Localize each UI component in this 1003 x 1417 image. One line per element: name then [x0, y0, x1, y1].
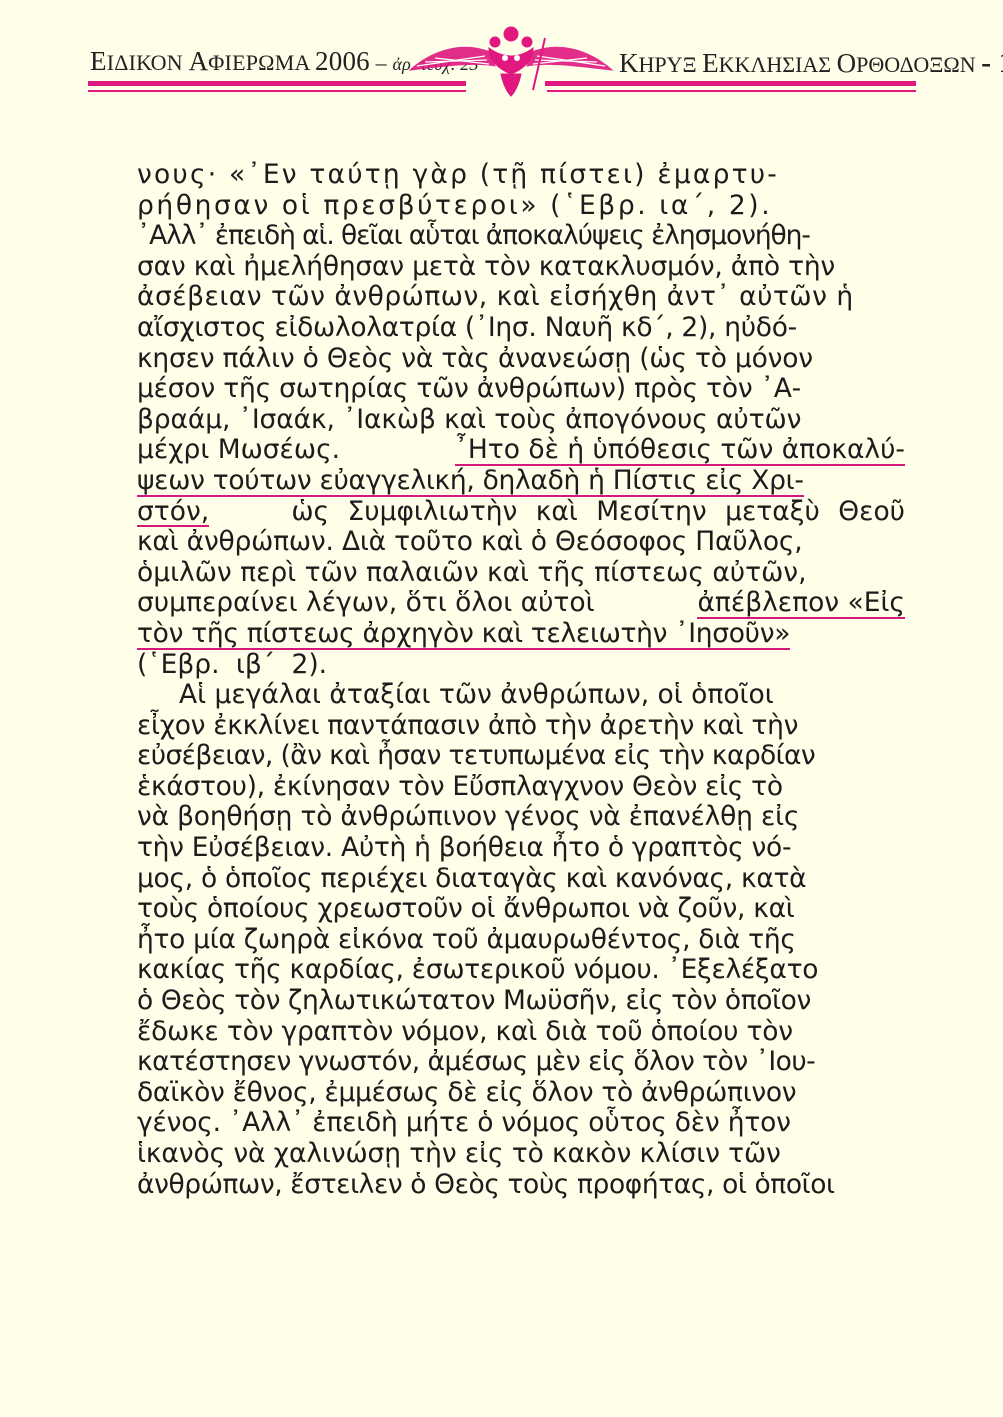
line-text: εἶχον ἐκκλίνει παντάπασιν ἀπὸ τὴν ἀρετὴν…: [137, 711, 798, 742]
header-year: 2006: [315, 46, 370, 76]
text-line: κατέστησεν γνωστόν, ἀμέσως μὲν εἰς ὅλον …: [137, 1047, 905, 1078]
text-line: νὰ βοηθήσῃ τὸ ἀνθρώπινον γένος νὰ ἐπανέλ…: [137, 802, 905, 833]
text-line: γένος. ᾿Αλλ᾿ ἐπειδὴ μήτε ὁ νόμος οὗτος δ…: [137, 1108, 905, 1139]
text-line: ἀσέβειαν τῶν ἀνθρώπων, καὶ εἰσήχθη ἀντ᾿ …: [137, 282, 905, 313]
text-line: σαν καὶ ἠμελήθησαν μετὰ τὸν κατακλυσμόν,…: [137, 252, 905, 283]
line-text: ἀνθρώπων, ἔστειλεν ὁ Θεὸς τοὺς προφήτας,…: [137, 1170, 835, 1201]
line-text: νὰ βοηθήσῃ τὸ ἀνθρώπινον γένος νὰ ἐπανέλ…: [137, 802, 799, 833]
text-line: μέχρι Μωσέως. ῏Ητο δὲ ἡ ὑπόθεσις τῶν ἀπο…: [137, 435, 905, 466]
line-text: ἑκάστου), ἐκίνησαν τὸν Εὔσπλαγχνον Θεὸν …: [137, 772, 783, 803]
title-word: ΦΙΕΡΩΜΑ: [208, 50, 309, 75]
header-rule-thick-left: [88, 81, 466, 86]
text-line: Αἱ μεγάλαι ἀταξίαι τῶν ἀνθρώπων, οἱ ὁποῖ…: [137, 680, 905, 711]
line-text: ἀσέβειαν τῶν ἀνθρώπων, καὶ εἰσήχθη ἀντ᾿ …: [137, 282, 854, 313]
underlined-passage: τὸν τῆς πίστεως ἀρχηγὸν καὶ τελειωτὴν ᾿Ι…: [137, 619, 790, 650]
title-word: ΡΘΟΔΟΞΩΝ: [856, 52, 976, 77]
line-text: τοὺς ὁποίους χρεωστοῦν οἱ ἄνθρωποι νὰ ζο…: [137, 894, 794, 925]
text-line: καὶ ἀνθρώπων. Διὰ τοῦτο καὶ ὁ Θεόσοφος Π…: [137, 527, 905, 558]
citation-text: (῾Εβρ. ιβ΄ 2).: [137, 650, 327, 681]
line-text: δαϊκὸν ἔθνος, ἐμμέσως δὲ εἰς ὅλον τὸ ἀνθ…: [137, 1078, 796, 1109]
underlined-passage: στόν,: [137, 497, 209, 528]
paragraph-start: Αἱ μεγάλαι ἀταξίαι τῶν ἀνθρώπων, οἱ ὁποῖ…: [179, 680, 774, 711]
header-journal-title: ΚΗΡΥΞ ΕΚΚΛΗΣΙΑΣ ΟΡΘΟΔΟΞΩΝ - 153-: [619, 46, 1003, 80]
text-line: στόν, ὡς Συμφιλιωτὴν καὶ Μεσίτην μεταξὺ …: [137, 497, 905, 528]
text-line: τοὺς ὁποίους χρεωστοῦν οἱ ἄνθρωποι νὰ ζο…: [137, 894, 905, 925]
line-text: σαν καὶ ἠμελήθησαν μετὰ τὸν κατακλυσμόν,…: [137, 252, 835, 283]
title-initial: Κ: [619, 48, 639, 78]
text-line: νους· «᾿Εν ταύτῃ γὰρ (τῇ πίστει) ἐμαρτυ-: [137, 160, 905, 191]
line-text: ὁμιλῶν περὶ τῶν παλαιῶν καὶ τῆς πίστεως …: [137, 558, 807, 589]
text-line: βραάμ, ᾿Ισαάκ, ᾿Ιακὼβ καὶ τοὺς ἀπογόνους…: [137, 405, 905, 436]
title-word: ΙΔΙΚΟΝ: [107, 50, 183, 75]
line-text: εὐσέβειαν, (ἂν καὶ ἦσαν τετυπωμένα εἰς τ…: [137, 741, 815, 772]
line-text: αἴσχιστος εἰδωλολατρία (᾿Ιησ. Ναυῆ κδ΄, …: [137, 313, 797, 344]
line-text: μέσον τῆς σωτηρίας τῶν ἀνθρώπων) πρὸς τὸ…: [137, 374, 801, 405]
line-text: μέχρι Μωσέως.: [137, 435, 340, 466]
text-line: τὸν τῆς πίστεως ἀρχηγὸν καὶ τελειωτὴν ᾿Ι…: [137, 619, 905, 650]
line-text: ρήθησαν οἱ πρεσβύτεροι» (῾Εβρ. ια΄, 2).: [137, 191, 772, 222]
text-line: εὐσέβειαν, (ἂν καὶ ἦσαν τετυπωμένα εἰς τ…: [137, 741, 905, 772]
header-rule-thin-left: [88, 90, 466, 92]
line-text: κησεν πάλιν ὁ Θεὸς νὰ τὰς ἀνανεώσῃ (ὡς τ…: [137, 344, 813, 375]
text-line: ὁμιλῶν περὶ τῶν παλαιῶν καὶ τῆς πίστεως …: [137, 558, 905, 589]
line-text: νους· «᾿Εν ταύτῃ γὰρ (τῇ πίστει) ἐμαρτυ-: [137, 160, 779, 191]
line-text: γένος. ᾿Αλλ᾿ ἐπειδὴ μήτε ὁ νόμος οὗτος δ…: [137, 1108, 791, 1139]
title-initial: Ο: [837, 48, 857, 78]
text-line: ἦτο μία ζωηρὰ εἰκόνα τοῦ ἀμαυρωθέντος, δ…: [137, 925, 905, 956]
text-line: (῾Εβρ. ιβ΄ 2).: [137, 650, 905, 681]
text-line: ὁ Θεὸς τὸν ζηλωτικώτατον Μωϋσῆν, εἰς τὸν…: [137, 986, 905, 1017]
line-text: τὴν Εὐσέβειαν. Αὐτὴ ἡ βοήθεια ἦτο ὁ γραπ…: [137, 833, 791, 864]
title-initial: Ε: [702, 48, 719, 78]
line-text: ὁ Θεὸς τὸν ζηλωτικώτατον Μωϋσῆν, εἰς τὸν…: [137, 986, 811, 1017]
line-text: ἔδωκε τὸν γραπτὸν νόμον, καὶ διὰ τοῦ ὁπο…: [137, 1017, 793, 1048]
text-line: ἱκανὸς νὰ χαλινώσῃ τὴν εἰς τὸ κακὸν κλίσ…: [137, 1139, 905, 1170]
text-line: ἀνθρώπων, ἔστειλεν ὁ Θεὸς τοὺς προφήτας,…: [137, 1170, 905, 1201]
running-header: ΕΙΔΙΚΟΝ ΑΦΙΕΡΩΜΑ 2006 – ἀρ. τεύχ. 23 ΚΗΡ…: [0, 0, 1003, 110]
line-text: ᾿Αλλ᾿ ἐπειδὴ αἱ. θεῖαι αὗται ἀποκαλύψεις…: [137, 221, 810, 252]
underlined-passage: ψεων τούτων εὐαγγελική, δηλαδὴ ἡ Πίστις …: [137, 466, 804, 497]
page-number: - 153-: [981, 46, 1003, 79]
text-line: δαϊκὸν ἔθνος, ἐμμέσως δὲ εἰς ὅλον τὸ ἀνθ…: [137, 1078, 905, 1109]
text-line: αἴσχιστος εἰδωλολατρία (᾿Ιησ. Ναυῆ κδ΄, …: [137, 313, 905, 344]
text-line: κησεν πάλιν ὁ Θεὸς νὰ τὰς ἀνανεώσῃ (ὡς τ…: [137, 344, 905, 375]
text-line: ἑκάστου), ἐκίνησαν τὸν Εὔσπλαγχνον Θεὸν …: [137, 772, 905, 803]
line-text: κακίας τῆς καρδίας, ἐσωτερικοῦ νόμου. ᾿Ε…: [137, 955, 818, 986]
double-headed-eagle-icon: [405, 18, 617, 98]
header-rule-thin-right: [547, 90, 916, 92]
underlined-passage: ῏Ητο δὲ ἡ ὑπόθεσις τῶν ἀποκαλύ-: [455, 435, 905, 466]
text-line: τὴν Εὐσέβειαν. Αὐτὴ ἡ βοήθεια ἦτο ὁ γραπ…: [137, 833, 905, 864]
line-text: ὡς Συμφιλιωτὴν καὶ Μεσίτην μεταξὺ Θεοῦ: [291, 497, 905, 528]
text-line: εἶχον ἐκκλίνει παντάπασιν ἀπὸ τὴν ἀρετὴν…: [137, 711, 905, 742]
text-line: ᾿Αλλ᾿ ἐπειδὴ αἱ. θεῖαι αὗται ἀποκαλύψεις…: [137, 221, 905, 252]
line-text: κατέστησεν γνωστόν, ἀμέσως μὲν εἰς ὅλον …: [137, 1047, 815, 1078]
line-text: συμπεραίνει λέγων, ὅτι ὅλοι αὐτοὶ: [137, 588, 595, 619]
title-initial: Α: [189, 46, 209, 76]
underlined-passage: ἀπέβλεπον «Εἰς: [697, 588, 905, 619]
line-text: ἦτο μία ζωηρὰ εἰκόνα τοῦ ἀμαυρωθέντος, δ…: [137, 925, 796, 956]
line-text: καὶ ἀνθρώπων. Διὰ τοῦτο καὶ ὁ Θεόσοφος Π…: [137, 527, 802, 558]
text-line: συμπεραίνει λέγων, ὅτι ὅλοι αὐτοὶ ἀπέβλε…: [137, 588, 905, 619]
text-line: ψεων τούτων εὐαγγελική, δηλαδὴ ἡ Πίστις …: [137, 466, 905, 497]
text-line: ἔδωκε τὸν γραπτὸν νόμον, καὶ διὰ τοῦ ὁπο…: [137, 1017, 905, 1048]
text-line: κακίας τῆς καρδίας, ἐσωτερικοῦ νόμου. ᾿Ε…: [137, 955, 905, 986]
text-line: μος, ὁ ὁποῖος περιέχει διαταγὰς καὶ κανό…: [137, 864, 905, 895]
line-text: βραάμ, ᾿Ισαάκ, ᾿Ιακὼβ καὶ τοὺς ἀπογόνους…: [137, 405, 801, 436]
title-word: ΗΡΥΞ: [639, 52, 697, 77]
line-text: μος, ὁ ὁποῖος περιέχει διαταγὰς καὶ κανό…: [137, 864, 806, 895]
article-body: νους· «᾿Εν ταύτῃ γὰρ (τῇ πίστει) ἐμαρτυ-…: [137, 160, 905, 1200]
title-word: ΚΚΛΗΣΙΑΣ: [719, 52, 831, 77]
text-line: ρήθησαν οἱ πρεσβύτεροι» (῾Εβρ. ια΄, 2).: [137, 191, 905, 222]
title-initial: Ε: [90, 46, 107, 76]
line-text: ἱκανὸς νὰ χαλινώσῃ τὴν εἰς τὸ κακὸν κλίσ…: [137, 1139, 781, 1170]
text-line: μέσον τῆς σωτηρίας τῶν ἀνθρώπων) πρὸς τὸ…: [137, 374, 905, 405]
header-dash: –: [376, 50, 387, 75]
header-rule-thick-right: [545, 81, 916, 86]
